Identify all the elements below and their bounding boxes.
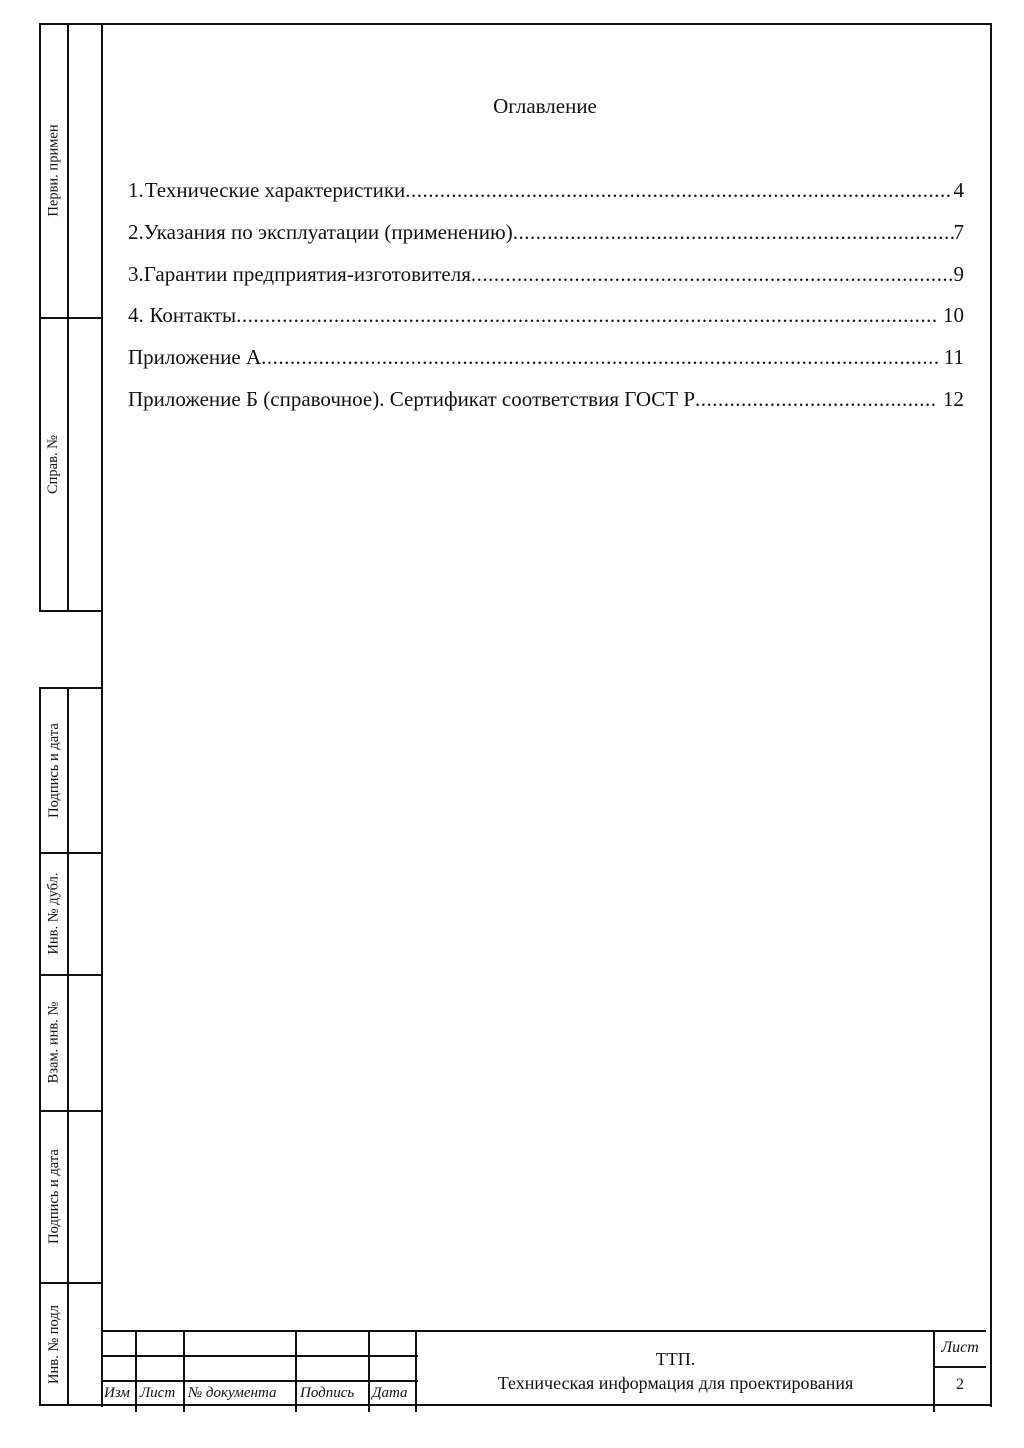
toc-dot-leader: [695, 385, 938, 413]
toc-entry-number: 2.: [128, 218, 144, 246]
document-code: ТТП.: [418, 1349, 933, 1370]
frame-top: [101, 23, 992, 25]
toc-entry-page: 10: [938, 301, 964, 329]
toc-entry-label: Контакты: [149, 301, 236, 329]
document-name: Техническая информация для проектировани…: [418, 1373, 933, 1394]
sheet-label: Лист: [936, 1339, 984, 1357]
toc-entry-number: 1.: [128, 176, 145, 204]
toc-entry[interactable]: Приложение А 11: [128, 343, 964, 385]
toc-list: 1.Технические характеристики42.Указания …: [128, 176, 964, 427]
sheet-number: 2: [936, 1376, 984, 1394]
side-label-vzam-inv: Взам. инв. №: [41, 975, 67, 1110]
tb-label-list: Лист: [140, 1385, 175, 1402]
side-label-podpis-data-2: Подпись и дата: [41, 1111, 67, 1282]
tb-col-5: [415, 1330, 417, 1412]
toc-entry[interactable]: 4.Контакты 10: [128, 301, 964, 343]
tb-col-6: [933, 1330, 935, 1412]
toc-entry-label: Приложение А: [128, 343, 261, 371]
toc-entry[interactable]: Приложение Б (справочное). Сертификат со…: [128, 385, 964, 427]
tb-label-doc-number: № документа: [188, 1385, 276, 1402]
toc-entry-page: 12: [938, 385, 964, 413]
tb-label-data: Дата: [372, 1385, 408, 1402]
toc-entry-label: Технические характеристики: [145, 176, 406, 204]
toc-entry-label: Приложение Б (справочное). Сертификат со…: [128, 385, 695, 413]
toc-entry[interactable]: 1.Технические характеристики4: [128, 176, 964, 218]
toc-entry-number: 4.: [128, 301, 149, 329]
toc-dot-leader: [513, 218, 954, 246]
title-block-top: [101, 1330, 986, 1332]
tb-col-3: [295, 1330, 297, 1412]
side-label-inv-dubl: Инв. № дубл.: [41, 853, 67, 974]
frame-left: [101, 23, 103, 1407]
toc-entry-label: Гарантии предприятия-изготовителя: [144, 260, 471, 288]
title-block-row-1: [101, 1355, 418, 1357]
tb-col-4: [368, 1330, 370, 1412]
side-label-podpis-data-1: Подпись и дата: [41, 688, 67, 852]
toc-entry-label: Указания по эксплуатации (применению): [144, 218, 513, 246]
side-top-bottom: [39, 610, 103, 612]
toc-dot-leader: [261, 343, 938, 371]
toc-entry-number: 3.: [128, 260, 144, 288]
toc-entry-page: 11: [939, 343, 964, 371]
title-block-row-2: [101, 1380, 418, 1382]
toc-entry-page: 9: [954, 260, 965, 288]
tb-col-2: [183, 1330, 185, 1412]
toc-dot-leader: [236, 301, 938, 329]
toc-entry[interactable]: 2.Указания по эксплуатации (применению)7: [128, 218, 964, 260]
toc-title: Оглавление: [440, 94, 650, 119]
side-label-sprav-no: Справ. №: [41, 318, 67, 610]
toc-dot-leader: [405, 176, 953, 204]
tb-label-podpis: Подпись: [300, 1385, 354, 1402]
frame-bottom: [39, 1404, 992, 1406]
toc-entry-page: 7: [954, 218, 965, 246]
frame-right: [990, 23, 992, 1407]
toc-entry[interactable]: 3.Гарантии предприятия-изготовителя9: [128, 260, 964, 302]
tb-col-1: [135, 1330, 137, 1412]
tb-label-izm: Изм: [104, 1385, 130, 1402]
toc-entry-page: 4: [953, 176, 964, 204]
title-block-sheet-divider: [934, 1366, 986, 1368]
toc-dot-leader: [471, 260, 954, 288]
side-label-perv-primen: Перви. примен: [41, 24, 67, 317]
side-label-inv-podl: Инв. № подл: [41, 1283, 67, 1405]
side-bottom-mid: [67, 687, 69, 1406]
